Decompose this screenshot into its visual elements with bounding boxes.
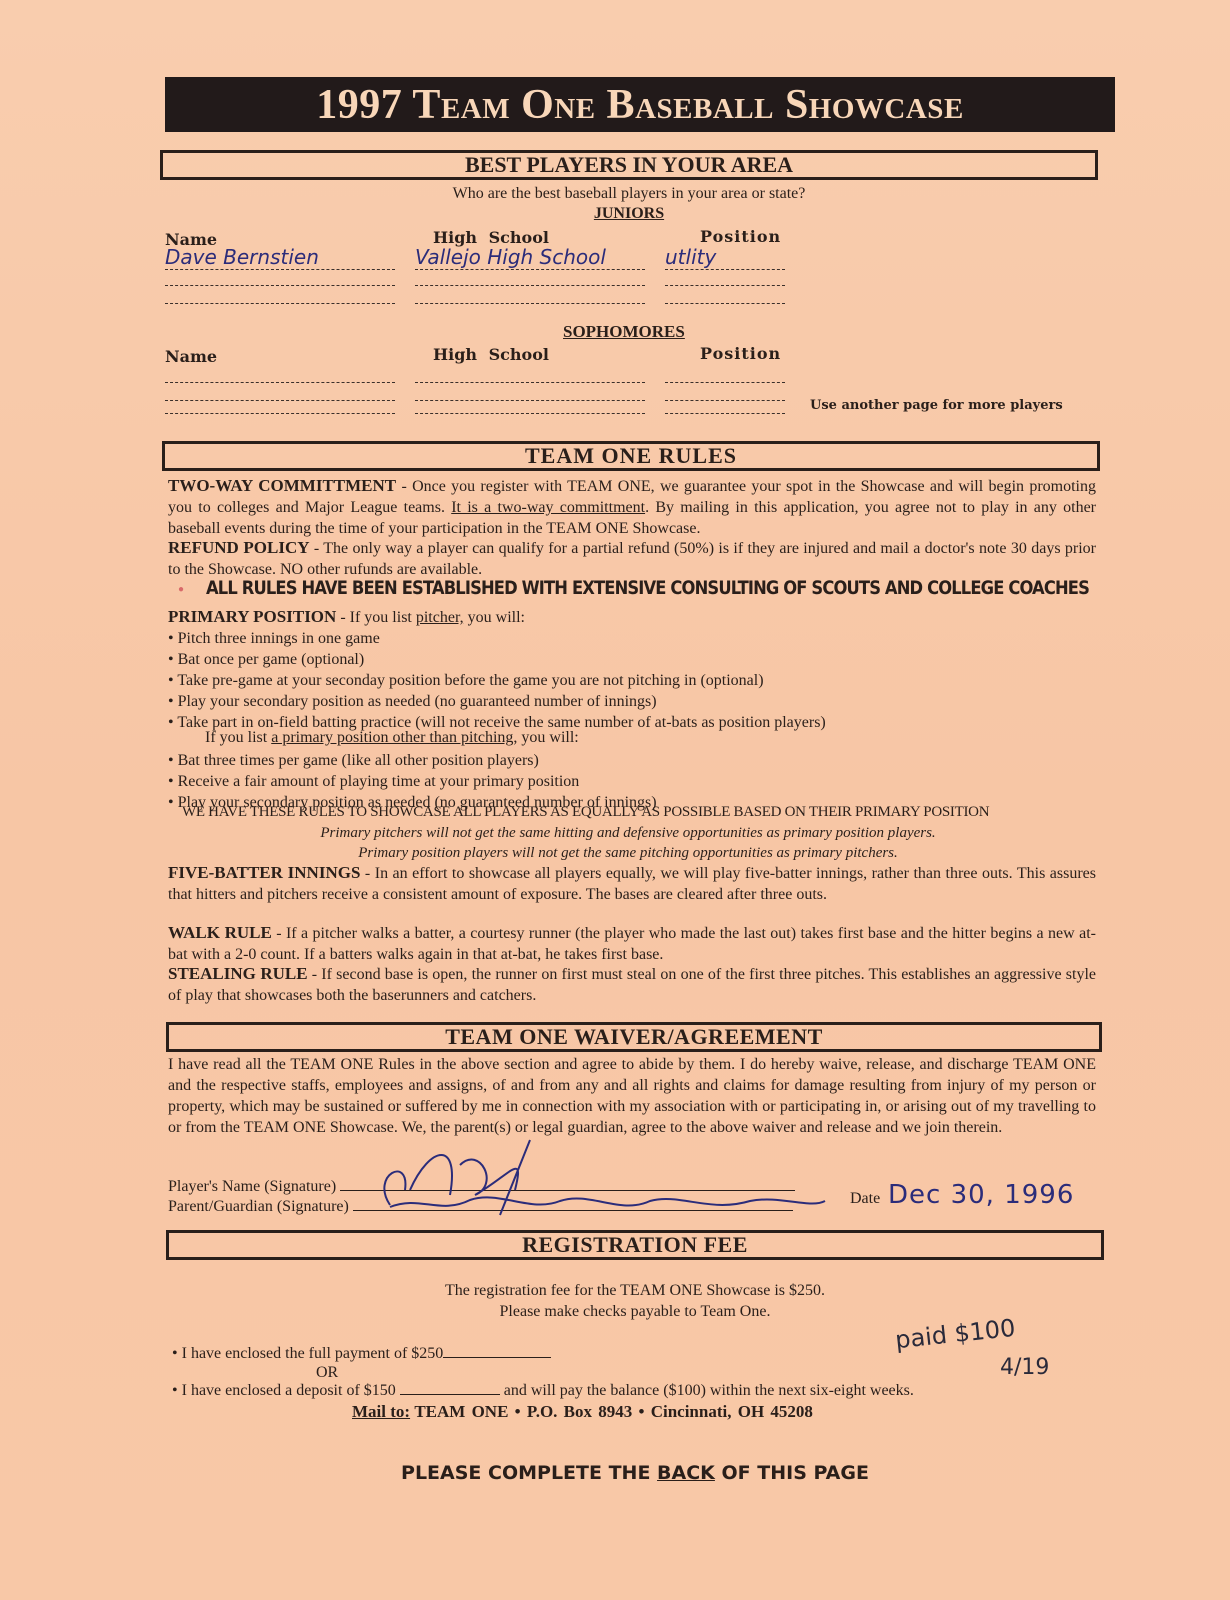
bullet-text: Pitch three innings in one game [178,630,380,647]
date-row: Date [850,1190,880,1208]
deposit-field[interactable] [400,1382,500,1395]
bullet-item: • Pitch three innings in one game [168,629,1088,649]
section-title: BEST PLAYERS IN YOUR AREA [465,152,793,178]
juniors-row-1-position[interactable]: utlity [665,245,785,270]
sophomores-label: SOPHOMORES [563,322,685,342]
bullet-text: Play your secondary position as needed (… [178,693,657,710]
sophomores-col-position: Position [700,344,781,363]
page-title-text: 1997 Team One Baseball Showcase [316,81,964,129]
rule-text: you will: [464,609,525,626]
bullet-item: • Play your secondary position as needed… [168,692,1088,712]
rule-underlined-text: pitcher, [416,609,464,626]
bullet-text: Receive a fair amount of playing time at… [178,773,580,790]
option-full-payment: • I have enclosed the full payment of $2… [172,1345,551,1363]
rule-two-way: TWO-WAY COMMITTMENT - Once you register … [168,475,1096,539]
section-title: TEAM ONE WAIVER/AGREEMENT [445,1024,823,1050]
option-text: I have enclosed a deposit of $150 [182,1382,400,1399]
handwritten-school: Vallejo High School [415,245,606,269]
more-players-note: Use another page for more players [810,398,1063,413]
sophomores-row-3-position[interactable] [665,413,785,414]
section-best-players-header: BEST PLAYERS IN YOUR AREA [160,150,1098,180]
option-deposit: • I have enclosed a deposit of $150 and … [172,1382,914,1400]
section-registration-header: REGISTRATION FEE [166,1230,1104,1260]
sophomores-row-1-position[interactable] [665,382,785,383]
sophomores-row-2-name[interactable] [165,400,395,401]
rule-underlined-text: It is a two-way committment [451,499,645,516]
rule-stealing: STEALING RULE - If second base is open, … [168,963,1096,1006]
player-signature-label: Player's Name (Signature) [168,1178,336,1195]
rule-text: - If you list [336,609,416,626]
mail-to-label: Mail to: [352,1402,410,1421]
sophomores-row-3-name[interactable] [165,413,395,414]
handwritten-date-note: 4/19 [1000,1355,1049,1380]
juniors-row-1-name[interactable]: Dave Bernstien [165,245,395,270]
bullet-item: • Take pre-game at your seconday positio… [168,671,1088,691]
fee-line: The registration fee for the TEAM ONE Sh… [166,1282,1104,1300]
or-label: OR [316,1364,338,1382]
section-waiver-header: TEAM ONE WAIVER/AGREEMENT [166,1022,1102,1052]
rule-five-batter: FIVE-BATTER INNINGS - In an effort to sh… [168,862,1096,905]
section-title: TEAM ONE RULES [525,443,737,469]
date-label: Date [850,1190,880,1207]
sophomores-row-2-position[interactable] [665,400,785,401]
rule-refund: REFUND POLICY - The only way a player ca… [168,537,1096,580]
rule-text: you will: [517,729,578,746]
pitcher-bullets: • Pitch three innings in one game • Bat … [168,629,1088,733]
rule-label: TWO-WAY COMMITTMENT [168,476,396,495]
pitchers-note: Primary pitchers will not get the same h… [168,825,1088,842]
footer-text: PLEASE COMPLETE THE [401,1462,657,1484]
consulting-banner: ALL RULES HAVE BEEN ESTABLISHED WITH EXT… [206,577,1089,599]
sophomores-col-school: High School [433,345,549,364]
sophomores-col-name: Name [165,347,217,366]
page-title: 1997 Team One Baseball Showcase [165,77,1115,132]
option-text: I have enclosed the full payment of $250 [182,1345,444,1362]
rule-walk: WALK RULE - If a pitcher walks a batter,… [168,922,1096,965]
rule-text: - If second base is open, the runner on … [168,966,1096,1004]
rule-text: - If a pitcher walks a batter, a courtes… [168,925,1096,963]
date-field[interactable]: Dec 30, 1996 [888,1180,1074,1210]
bullet-text: Bat once per game (optional) [178,651,365,668]
juniors-row-3-school[interactable] [415,303,645,304]
best-players-question: Who are the best baseball players in you… [160,185,1098,203]
bullet-item: • Bat three times per game (like all oth… [168,751,1088,771]
rule-label: STEALING RULE [168,964,308,983]
red-dot-mark: ● [178,584,184,595]
sophomores-row-1-name[interactable] [165,382,395,383]
rule-label: FIVE-BATTER INNINGS [168,863,360,882]
juniors-label: JUNIORS [160,205,1098,223]
juniors-row-3-name[interactable] [165,303,395,304]
full-payment-field[interactable] [443,1345,551,1358]
juniors-row-2-school[interactable] [415,285,645,286]
waiver-text: I have read all the TEAM ONE Rules in th… [168,1054,1096,1138]
complete-back-notice: PLEASE COMPLETE THE BACK OF THIS PAGE [166,1462,1104,1484]
bullet-text: Take pre-game at your seconday position … [177,672,763,689]
bullet-item: • Bat once per game (optional) [168,650,1088,670]
juniors-row-2-position[interactable] [665,285,785,286]
equal-statement: WE HAVE THESE RULES TO SHOWCASE ALL PLAY… [182,804,989,821]
sophomores-row-1-school[interactable] [415,382,645,383]
footer-underlined-text: BACK [657,1462,715,1484]
section-title: REGISTRATION FEE [522,1232,748,1258]
other-position-intro: If you list a primary position other tha… [205,729,579,747]
parent-signature-label: Parent/Guardian (Signature) [168,1198,349,1215]
bullet-text: Bat three times per game (like all other… [178,752,539,769]
handwritten-name: Dave Bernstien [165,245,319,269]
mail-to: Mail to: TEAM ONE • P.O. Box 8943 • Cinc… [352,1402,813,1422]
footer-text: OF THIS PAGE [715,1462,869,1484]
rule-text: If you list [205,729,271,746]
bullet-item: • Receive a fair amount of playing time … [168,772,1088,792]
option-text: and will pay the balance ($100) within t… [500,1382,914,1399]
rule-label: WALK RULE [168,923,272,942]
handwritten-position: utlity [665,245,716,269]
sophomores-row-3-school[interactable] [415,413,645,414]
juniors-row-2-name[interactable] [165,285,395,286]
primary-position-intro: PRIMARY POSITION - If you list pitcher, … [168,607,525,627]
position-players-note: Primary position players will not get th… [168,845,1088,862]
juniors-row-3-position[interactable] [665,303,785,304]
juniors-row-1-school[interactable]: Vallejo High School [415,245,645,270]
sophomores-row-2-school[interactable] [415,400,645,401]
mail-to-address: TEAM ONE • P.O. Box 8943 • Cincinnati, O… [414,1402,813,1421]
juniors-col-position: Position [700,227,781,246]
rule-underlined-text: a primary position other than pitching, [271,729,517,746]
rule-label: REFUND POLICY [168,538,310,557]
section-rules-header: TEAM ONE RULES [162,441,1100,471]
signature-scribble-icon [350,1135,830,1220]
rule-label: PRIMARY POSITION [168,607,336,626]
document-page: 1997 Team One Baseball Showcase BEST PLA… [0,0,1230,1600]
